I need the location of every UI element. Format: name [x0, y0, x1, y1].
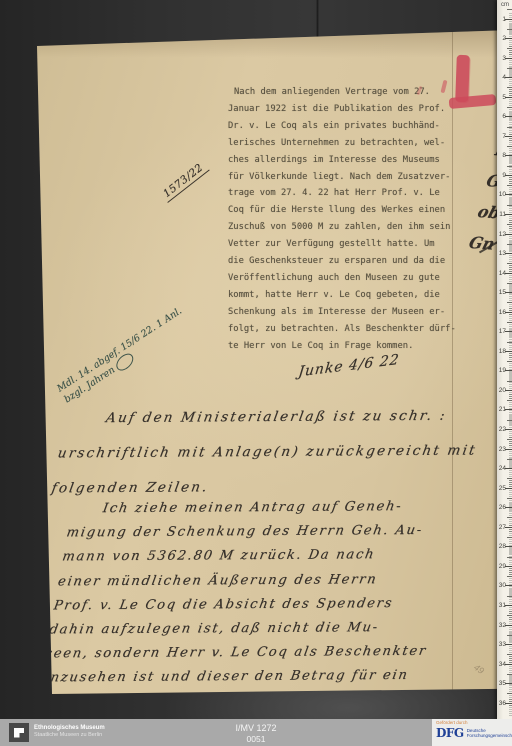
handwritten-line: Prof. v. Le Coq die Absicht des Spenders: [52, 591, 461, 618]
ruler-cm-mark: 2: [497, 20, 512, 40]
dfg-name: Deutsche Forschungsgemeinschaft: [467, 728, 512, 738]
ruler-cm-mark: 12: [497, 215, 512, 235]
handwritten-line: mann von 5362.80 M zurück. Da nach: [60, 543, 469, 570]
scan-page-number: 0051: [235, 734, 276, 744]
typed-line: Dr. v. Le Coq als ein privates buchhänd-: [228, 118, 460, 135]
ruler-cm-mark: 8: [497, 137, 512, 157]
typed-line: für Völkerkunde liegt. Nach dem Zusatzve…: [228, 169, 460, 186]
handwritten-line: Ich ziehe meinen Antrag auf Geneh-: [69, 495, 478, 522]
typed-line: Vetter zur Verfügung gestellt hatte. Um: [228, 236, 460, 253]
dispatch-note-line2: bzgl. Jahren: [62, 303, 212, 406]
ruler-cm-mark: 4: [497, 59, 512, 79]
handwritten-line: seen, sondern Herr v. Le Coq als Beschen…: [43, 640, 452, 667]
ruler-cm-mark: 18: [497, 332, 512, 352]
typed-line: ches allerdings im Interesse des Museums: [228, 152, 460, 169]
museum-name: Ethnologisches Museum: [34, 725, 105, 732]
ruler-cm-mark: 33: [497, 626, 512, 646]
ruler-cm-mark: 15: [497, 274, 512, 294]
ruler-cm-mark: 32: [497, 606, 512, 626]
ruler-cm-mark: 23: [497, 430, 512, 450]
handwritten-line: urschriftlich mit Anlage(n) zurückgereic…: [55, 434, 461, 472]
museum-identity: Ethnologisches Museum Staatliche Museen …: [34, 725, 105, 739]
typed-line: Nach dem anliegenden Vertrage vom 27.: [228, 84, 460, 101]
handwritten-line: Auf den Ministerialerlaß ist zu schr. :: [61, 399, 467, 437]
ruler-cm-mark: 13: [497, 235, 512, 255]
ruler-cm-mark: 9: [497, 156, 512, 176]
ruler-cm-mark: 26: [497, 489, 512, 509]
museum-subtitle: Staatliche Museen zu Berlin: [34, 732, 105, 739]
ruler-cm-mark: 35: [497, 665, 512, 685]
typed-line: Coq für die Herste llung des Werkes eine…: [228, 202, 460, 219]
ruler-cm-mark: 22: [497, 410, 512, 430]
scan-viewer: Nach dem anliegenden Vertrage vom 27.Jan…: [0, 0, 512, 746]
handwritten-line: dahin aufzulegen ist, daß nicht die Mu-: [47, 616, 456, 643]
museum-logo-icon: [14, 728, 24, 738]
ruler-cm-mark: 29: [497, 547, 512, 567]
ruler-cm-mark: 14: [497, 254, 512, 274]
red-crayon-mark-vertical: [455, 55, 470, 102]
file-number-annotation: 1573/22: [159, 159, 209, 203]
typed-line: trage vom 27. 4. 22 hat Herr Prof. v. Le: [228, 185, 460, 202]
typed-line: Veröffentlichung auch den Museen zu gute: [228, 270, 460, 287]
dispatch-note: Mdl. 14. abgef. 15/6 22. 1 Anl. bzgl. Ja…: [55, 292, 212, 406]
typed-letter-block: Nach dem anliegenden Vertrage vom 27.Jan…: [228, 84, 460, 355]
ruler-cm-mark: 27: [497, 508, 512, 528]
ruler-cm-mark: 34: [497, 645, 512, 665]
typed-line: die Geschenksteuer zu ersparen und da di…: [228, 253, 460, 270]
ruler-cm-mark: 10: [497, 176, 512, 196]
ruler-cm-marks: 1234567891011121314151617181920212223242…: [497, 0, 512, 704]
typed-line: Januar 1922 ist die Publikation des Prof…: [228, 101, 460, 118]
ruler-cm-mark: 3: [497, 39, 512, 59]
ruler-cm-mark: 17: [497, 313, 512, 333]
ruler-cm-mark: 21: [497, 391, 512, 411]
ruler-cm-mark: 24: [497, 450, 512, 470]
ruler-cm-mark: 36: [497, 684, 512, 704]
document-page: Nach dem anliegenden Vertrage vom 27.Jan…: [30, 28, 512, 694]
handwritten-line: einer mündlichen Äußerung des Herrn: [56, 567, 465, 594]
ruler-cm-mark: 19: [497, 352, 512, 372]
typed-line: te Herr von Le Coq in Frage kommen.: [228, 338, 460, 355]
handwritten-body: Ich ziehe meinen Antrag auf Geneh-migung…: [39, 496, 477, 690]
dfg-logo-icon: DFG: [436, 726, 464, 740]
ruler-cm-mark: 16: [497, 293, 512, 313]
typed-line: Zuschuß von 5000 M zu zahlen, den ihm se…: [228, 219, 460, 236]
pencil-corner-number: 49: [472, 662, 486, 676]
typed-line: folgt, zu betrachten. Als Beschenkter dü…: [228, 321, 460, 338]
backdrop-seam: [316, 0, 319, 42]
dispatch-note-line1: Mdl. 14. abgef. 15/6 22. 1 Anl.: [55, 292, 205, 395]
handwritten-intro: Auf den Ministerialerlaß ist zu schr. :u…: [49, 400, 468, 505]
museum-logo: [9, 723, 29, 742]
ruler-cm-mark: 6: [497, 98, 512, 118]
ruler-cm-mark: 11: [497, 195, 512, 215]
ruler-cm-mark: 20: [497, 371, 512, 391]
dfg-logo-block: Gefördert durch DFG Deutsche Forschungsg…: [432, 719, 512, 746]
shelfmark: I/MV 1272: [235, 722, 276, 734]
ruler-cm-mark: 30: [497, 567, 512, 587]
ruler-cm-mark: 25: [497, 469, 512, 489]
signature: Junke 4/6 22: [297, 352, 400, 381]
ruler-cm-mark: 7: [497, 117, 512, 137]
typed-line: kommt, hatte Herr v. Le Coq gebeten, die: [228, 287, 460, 304]
handwritten-line: migung der Schenkung des Herrn Geh. Au-: [64, 519, 473, 546]
shelfmark-block: I/MV 1272 0051: [235, 722, 276, 744]
ruler-cm-mark: 28: [497, 528, 512, 548]
handwritten-line: anzusehen ist und dieser den Betrag für …: [39, 664, 448, 691]
ruler-cm-mark: 31: [497, 586, 512, 606]
typed-line: lerisches Unternehmen zu betrachten, wel…: [228, 135, 460, 152]
measurement-ruler: cm 1234567891011121314151617181920212223…: [497, 0, 512, 720]
archive-footer-bar: Ethnologisches Museum Staatliche Museen …: [0, 719, 512, 746]
ruler-cm-mark: 1: [497, 0, 512, 20]
typed-line: Schenkung als im Interesse der Museen er…: [228, 304, 460, 321]
ruler-cm-mark: 5: [497, 78, 512, 98]
